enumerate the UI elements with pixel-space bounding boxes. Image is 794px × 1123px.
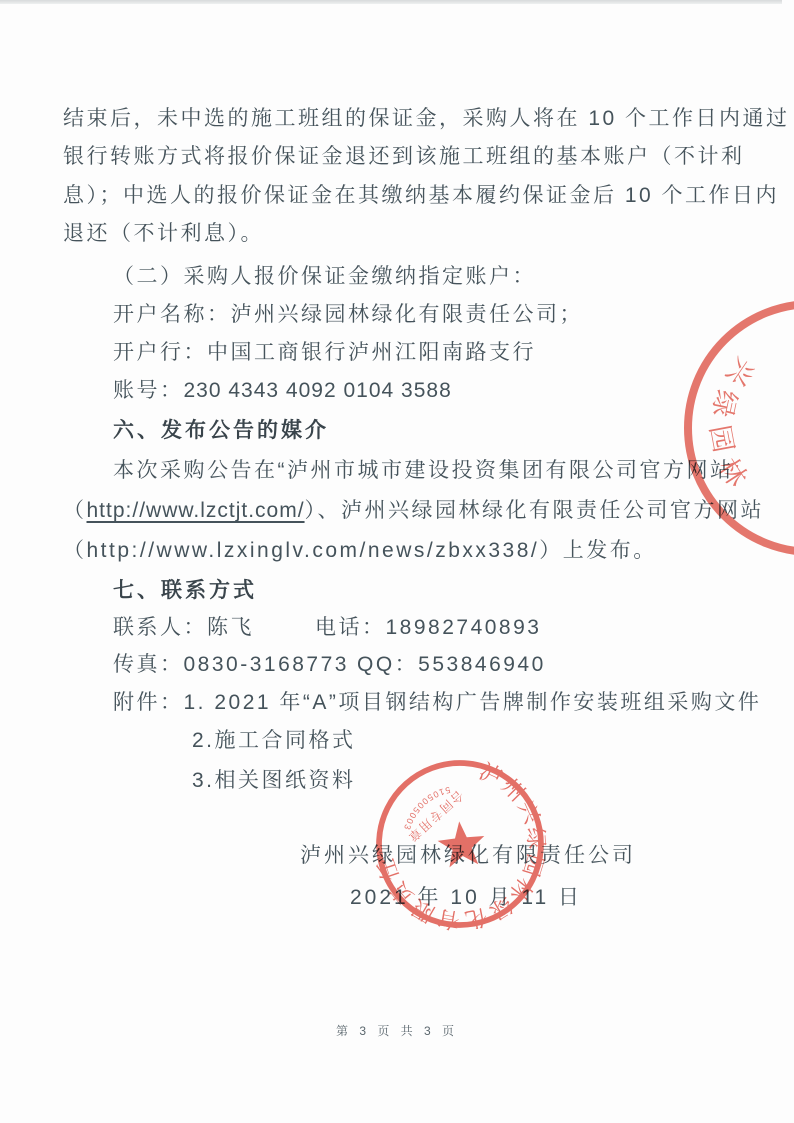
- deposit-paragraph-line-1: 结束后，未中选的施工班组的保证金，采购人将在 10 个工作日内通过: [63, 106, 790, 131]
- contact-phone-line: 电话：18982740893: [315, 615, 541, 640]
- account-number-line: 账号：230 4343 4092 0104 3588: [113, 378, 452, 403]
- media-line-2: （http://www.lzctjt.com/）、泸州兴绿园林绿化有限责任公司官…: [63, 498, 764, 523]
- attachment-line-3: 3.相关图纸资料: [192, 768, 356, 793]
- account-section-heading: （二）采购人报价保证金缴纳指定账户：: [113, 264, 536, 289]
- deposit-paragraph-line-3: 息）；中选人的报价保证金在其缴纳基本履约保证金后 10 个工作日内: [63, 183, 779, 208]
- section-6-heading: 六、发布公告的媒介: [113, 418, 329, 443]
- media-line-1: 本次采购公告在“泸州市城市建设投资集团有限公司官方网站: [113, 458, 734, 483]
- lzctjt-url-link: http://www.lzctjt.com/: [87, 499, 305, 522]
- media-line-3: （http://www.lzxinglv.com/news/zbxx338/）上…: [63, 538, 657, 563]
- attachment-line-2: 2.施工合同格式: [192, 728, 356, 753]
- edge-seal-ring: [688, 304, 794, 552]
- deposit-paragraph-line-2: 银行转账方式将报价保证金退还到该施工班组的基本账户（不计利: [63, 144, 745, 169]
- account-number-value: 230 4343 4092 0104 3588: [184, 379, 452, 402]
- bank-line: 开户行：中国工商银行泸州江阳南路支行: [113, 340, 536, 365]
- document-page: 结束后，未中选的施工班组的保证金，采购人将在 10 个工作日内通过 银行转账方式…: [0, 0, 794, 1123]
- contact-qq-line: QQ：553846940: [357, 652, 546, 677]
- contact-fax-line: 传真：0830-3168773: [113, 652, 349, 677]
- company-seal-stamp: 泸州兴绿园林绿化有限责任公司 5105005003736 合同专用章: [372, 756, 548, 932]
- account-number-label: 账号：: [113, 379, 184, 402]
- page-number-footer: 第 3 页 共 3 页: [0, 1022, 794, 1039]
- account-name-line: 开户名称：泸州兴绿园林绿化有限责任公司；: [113, 302, 583, 327]
- attachment-line-1: 附件：1. 2021 年“A”项目钢结构广告牌制作安装班组采购文件: [113, 690, 761, 715]
- deposit-paragraph-line-4: 退还（不计利息）。: [63, 221, 264, 246]
- edge-seal-stamp: 兴绿园林绿化: [662, 278, 794, 578]
- section-7-heading: 七、联系方式: [113, 578, 257, 603]
- scan-edge-artifact: [0, 0, 782, 4]
- seal-star-icon: [431, 815, 496, 879]
- edge-seal-ring-text: 兴绿园林绿化: [662, 278, 760, 502]
- link-open-paren: （: [63, 499, 87, 522]
- contact-person-line: 联系人：陈飞: [113, 615, 254, 640]
